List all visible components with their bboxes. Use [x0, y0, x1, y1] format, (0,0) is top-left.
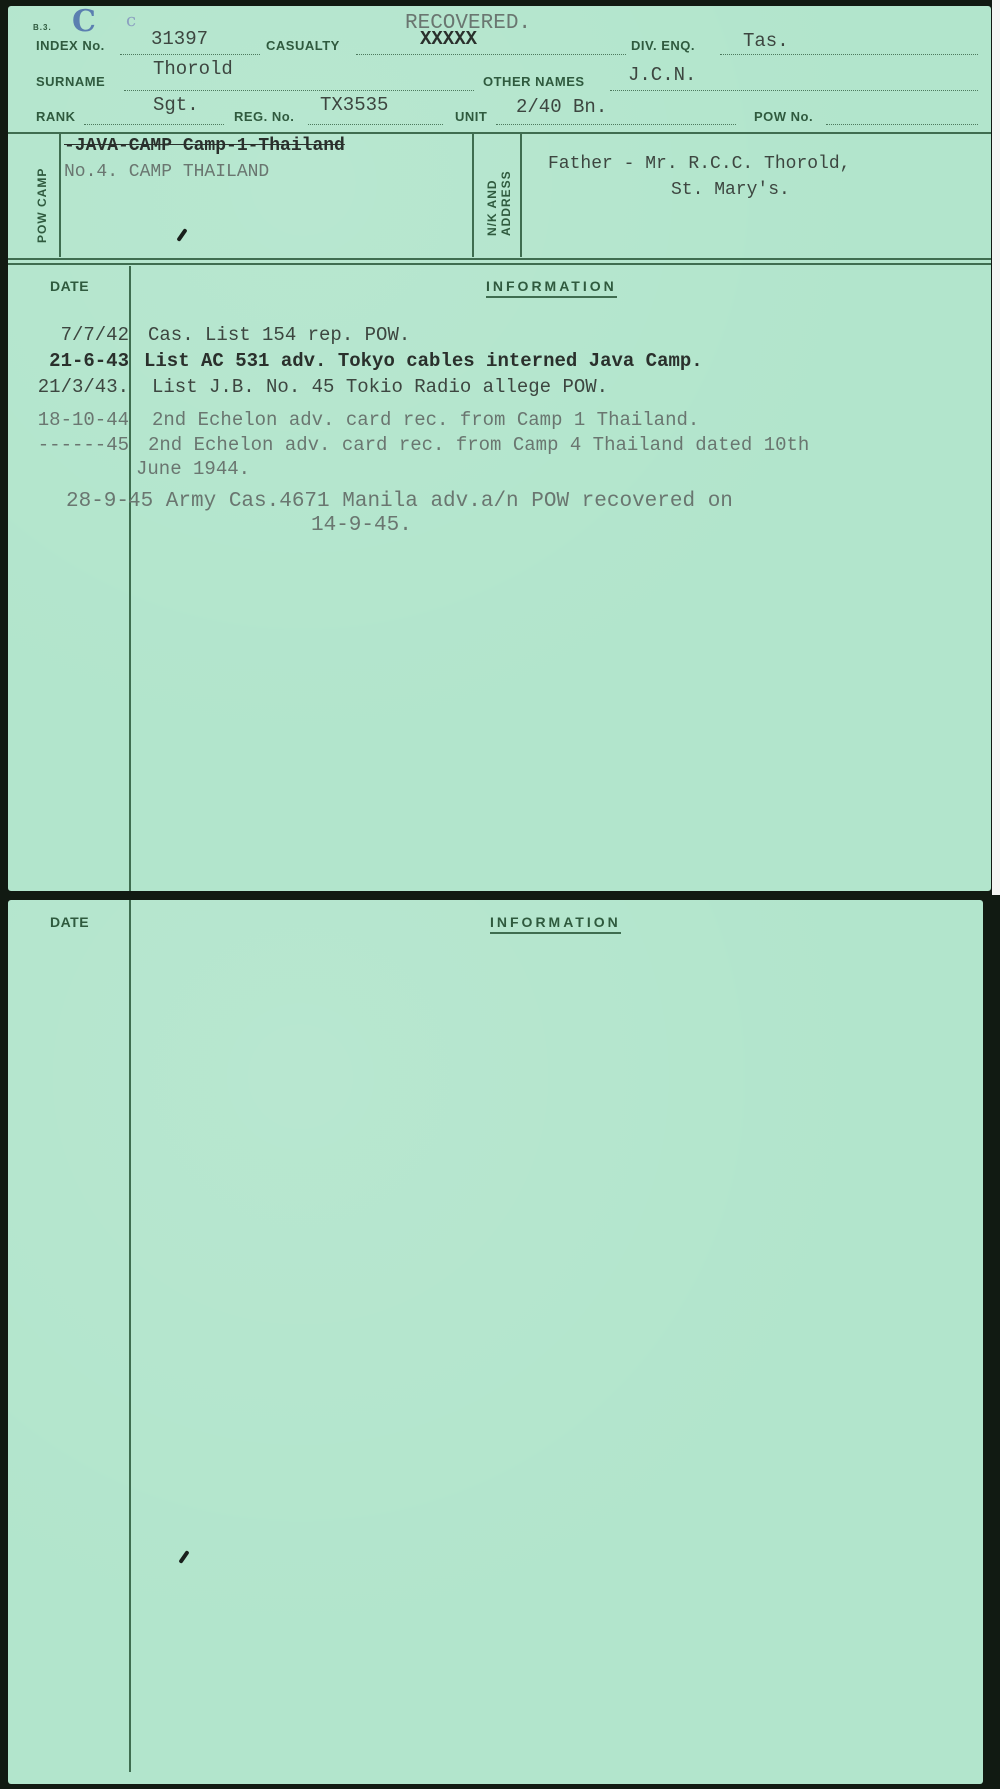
casualty-value: XXXXX	[420, 28, 477, 50]
entry-info: 2nd Echelon adv. card rec. from Camp 1 T…	[152, 409, 699, 431]
back-date-header: DATE	[50, 914, 89, 930]
entry-date: 21/3/43.	[38, 376, 129, 398]
entry-date: 21-6-43	[49, 350, 129, 372]
table-row: 18-10-44 2nd Echelon adv. card rec. from…	[8, 409, 991, 435]
ink-mark	[176, 228, 187, 242]
nk-address-line1: Father - Mr. R.C.C. Thorold,	[548, 154, 850, 174]
card-back: DATE INFORMATION	[8, 900, 983, 1784]
div-enq-label: DIV. ENQ.	[631, 38, 695, 53]
date-header: DATE	[50, 278, 89, 294]
unit-value: 2/40 Bn.	[516, 96, 607, 118]
rank-label: RANK	[36, 109, 76, 124]
entry-date: 7/7/42	[61, 324, 129, 346]
casualty-label: CASUALTY	[266, 38, 340, 53]
table-row: ------45 2nd Echelon adv. card rec. from…	[8, 434, 991, 460]
scan-edge	[992, 0, 1000, 895]
entry-info-continuation: June 1944.	[136, 458, 250, 480]
entry-info: List AC 531 adv. Tokyo cables interned J…	[144, 350, 703, 372]
entry-info: 45 Army Cas.4671 Manila adv.a/n POW reco…	[128, 490, 733, 513]
nk-label-2: ADDRESS	[499, 170, 513, 236]
pow-camp-label: POW CAMP	[35, 168, 49, 243]
reg-no-label: REG. No.	[234, 109, 294, 124]
index-label: INDEX No.	[36, 38, 105, 53]
ink-mark	[178, 1550, 189, 1564]
entry-info-continuation: 14-9-45.	[311, 514, 412, 537]
back-information-header: INFORMATION	[490, 914, 621, 934]
pow-camp-current: No.4. CAMP THAILAND	[64, 162, 269, 182]
entry-info: Cas. List 154 rep. POW.	[148, 324, 410, 346]
nk-label-1: N/K AND	[485, 179, 499, 236]
div-enq-value: Tas.	[743, 30, 789, 52]
information-header: INFORMATION	[486, 278, 617, 298]
other-names-value: J.C.N.	[628, 64, 696, 86]
pow-camp-struck: -JAVA-CAMP Camp-1-Thailand	[64, 136, 345, 156]
table-row: 28-9- 45 Army Cas.4671 Manila adv.a/n PO…	[8, 490, 991, 516]
entry-date: 28-9-	[66, 490, 129, 513]
nk-address-line2: St. Mary's.	[671, 180, 790, 200]
entry-date: 18-10-44	[38, 409, 129, 431]
surname-value: Thorold	[153, 58, 233, 80]
table-row: 7/7/42 Cas. List 154 rep. POW.	[8, 324, 991, 350]
surname-label: SURNAME	[36, 74, 105, 89]
entry-date: ------45	[38, 434, 129, 456]
pen-mark-c-small: c	[126, 10, 136, 31]
pen-mark-c: C	[72, 4, 96, 39]
entry-info: List J.B. No. 45 Tokio Radio allege POW.	[152, 376, 608, 398]
unit-label: UNIT	[455, 109, 487, 124]
reg-no-value: TX3535	[320, 94, 388, 116]
card-front: B.3. C c RECOVERED. INDEX No. 31397 CASU…	[8, 6, 991, 891]
pow-no-label: POW No.	[754, 109, 813, 124]
entry-info: 2nd Echelon adv. card rec. from Camp 4 T…	[148, 434, 809, 456]
index-value: 31397	[151, 28, 208, 50]
form-code: B.3.	[33, 23, 52, 32]
other-names-label: OTHER NAMES	[483, 74, 585, 89]
table-row: 21-6-43 List AC 531 adv. Tokyo cables in…	[8, 350, 991, 376]
rank-value: Sgt.	[153, 94, 199, 116]
table-row: 21/3/43. List J.B. No. 45 Tokio Radio al…	[8, 376, 991, 402]
